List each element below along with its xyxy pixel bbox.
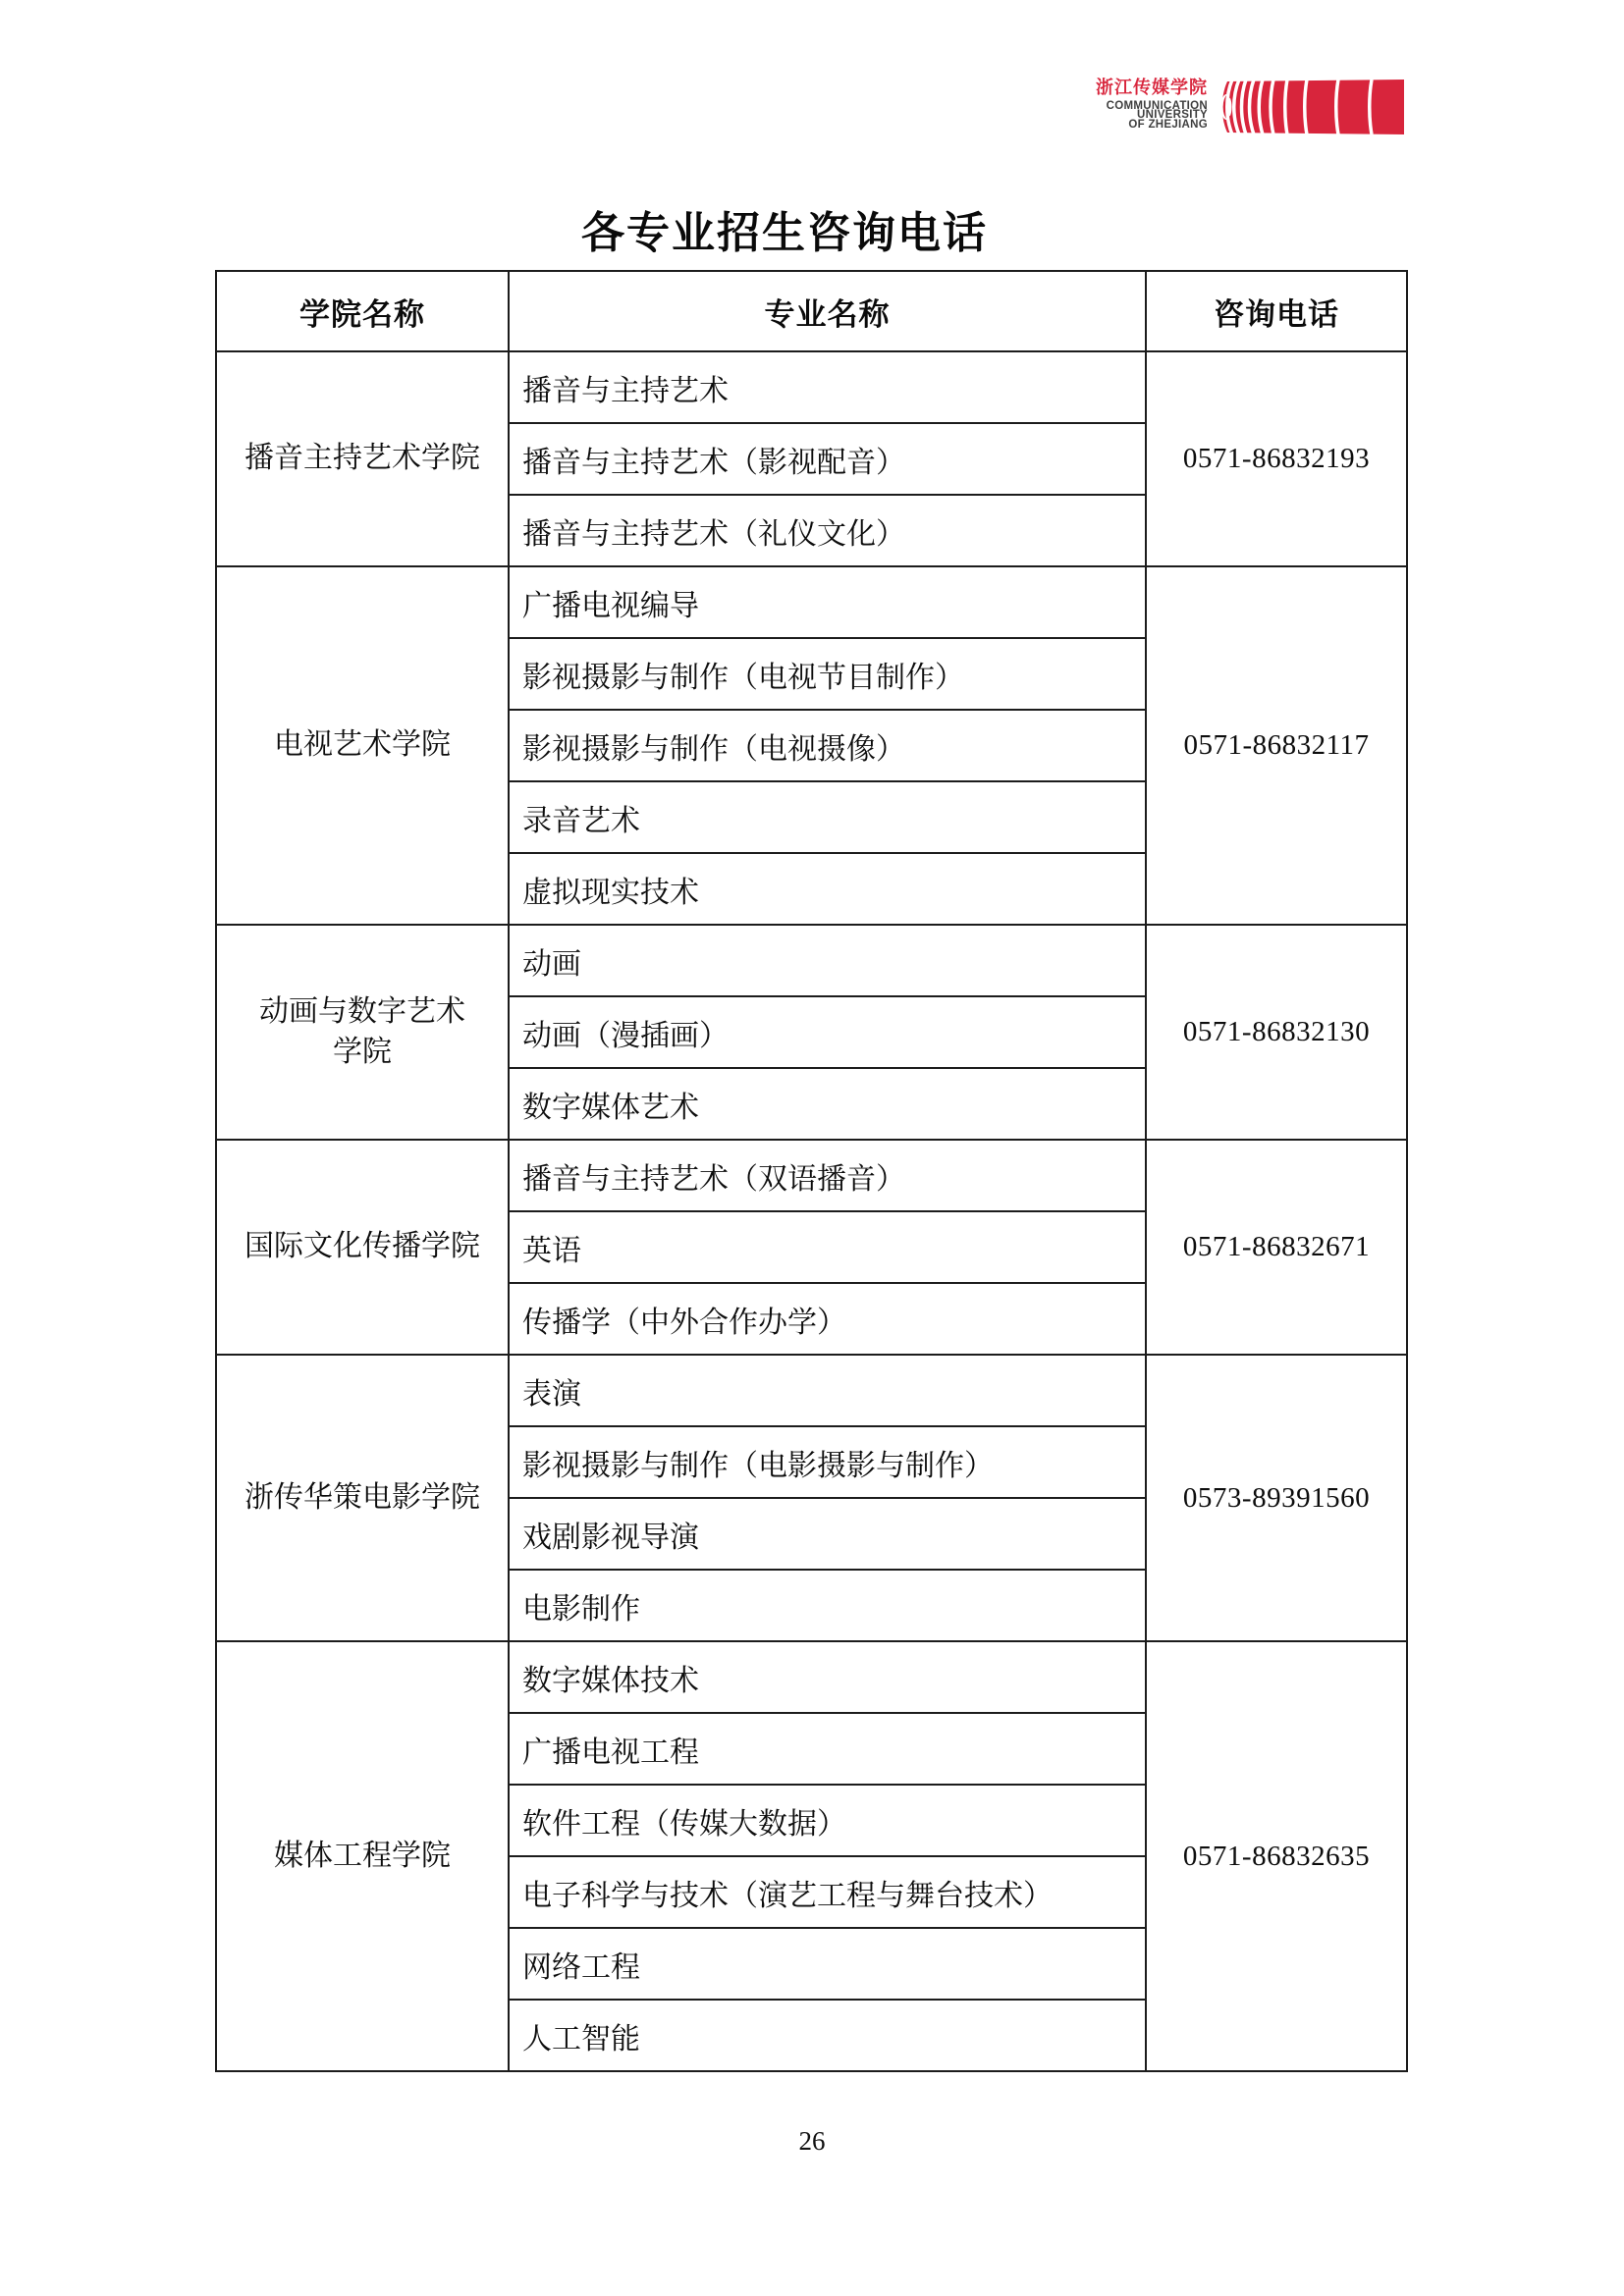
major-cell: 传播学（中外合作办学） [509,1283,1146,1355]
major-cell: 动画（漫插画） [509,996,1146,1068]
major-cell: 录音艺术 [509,781,1146,853]
logo-text-block: 浙江传媒学院 COMMUNICATION UNIVERSITY OF ZHEJI… [1080,79,1208,130]
table-row: 电视艺术学院广播电视编导0571-86832117 [216,566,1407,638]
phone-cell: 0571-86832193 [1146,351,1407,566]
table-header-row: 学院名称 专业名称 咨询电话 [216,271,1407,351]
logo-english-line: OF ZHEJIANG [1080,121,1208,131]
table-row: 动画与数字艺术 学院动画0571-86832130 [216,925,1407,996]
major-cell: 广播电视编导 [509,566,1146,638]
major-cell: 表演 [509,1355,1146,1426]
major-cell: 电影制作 [509,1570,1146,1641]
major-cell: 英语 [509,1211,1146,1283]
major-cell: 网络工程 [509,1928,1146,2000]
college-cell: 国际文化传播学院 [216,1140,509,1355]
university-logo: 浙江传媒学院 COMMUNICATION UNIVERSITY OF ZHEJI… [1080,79,1404,135]
phone-cell: 0571-86832635 [1146,1641,1407,2071]
major-cell: 影视摄影与制作（电视摄像） [509,710,1146,781]
major-cell: 广播电视工程 [509,1713,1146,1785]
major-cell: 数字媒体技术 [509,1641,1146,1713]
major-cell: 播音与主持艺术 [509,351,1146,423]
major-cell: 播音与主持艺术（影视配音） [509,423,1146,495]
phone-cell: 0573-89391560 [1146,1355,1407,1641]
college-cell: 电视艺术学院 [216,566,509,925]
phone-cell: 0571-86832671 [1146,1140,1407,1355]
header-major: 专业名称 [509,271,1146,351]
major-cell: 播音与主持艺术（双语播音） [509,1140,1146,1211]
phone-directory-table: 学院名称 专业名称 咨询电话 播音主持艺术学院播音与主持艺术0571-86832… [215,270,1408,2072]
document-page: 浙江传媒学院 COMMUNICATION UNIVERSITY OF ZHEJI… [0,0,1624,2296]
major-cell: 虚拟现实技术 [509,853,1146,925]
table-row: 播音主持艺术学院播音与主持艺术0571-86832193 [216,351,1407,423]
college-cell: 媒体工程学院 [216,1641,509,2071]
college-cell: 动画与数字艺术 学院 [216,925,509,1140]
major-cell: 软件工程（传媒大数据） [509,1785,1146,1856]
major-cell: 动画 [509,925,1146,996]
logo-english-name: COMMUNICATION UNIVERSITY OF ZHEJIANG [1080,102,1208,131]
page-title: 各专业招生咨询电话 [0,197,1597,260]
page-number: 26 [0,2126,1624,2157]
table-row: 国际文化传播学院播音与主持艺术（双语播音）0571-86832671 [216,1140,1407,1211]
major-cell: 数字媒体艺术 [509,1068,1146,1140]
college-cell: 浙传华策电影学院 [216,1355,509,1641]
sound-wave-pages-emblem-icon [1218,79,1404,135]
header-college: 学院名称 [216,271,509,351]
table-body: 播音主持艺术学院播音与主持艺术0571-86832193播音与主持艺术（影视配音… [216,351,1407,2071]
major-cell: 影视摄影与制作（电视节目制作） [509,638,1146,710]
logo-chinese-name: 浙江传媒学院 [1080,79,1208,98]
phone-cell: 0571-86832117 [1146,566,1407,925]
major-cell: 人工智能 [509,2000,1146,2071]
table-row: 浙传华策电影学院表演0573-89391560 [216,1355,1407,1426]
header-phone: 咨询电话 [1146,271,1407,351]
major-cell: 电子科学与技术（演艺工程与舞台技术） [509,1856,1146,1928]
major-cell: 戏剧影视导演 [509,1498,1146,1570]
phone-cell: 0571-86832130 [1146,925,1407,1140]
college-cell: 播音主持艺术学院 [216,351,509,566]
table-row: 媒体工程学院数字媒体技术0571-86832635 [216,1641,1407,1713]
major-cell: 播音与主持艺术（礼仪文化） [509,495,1146,566]
major-cell: 影视摄影与制作（电影摄影与制作） [509,1426,1146,1498]
